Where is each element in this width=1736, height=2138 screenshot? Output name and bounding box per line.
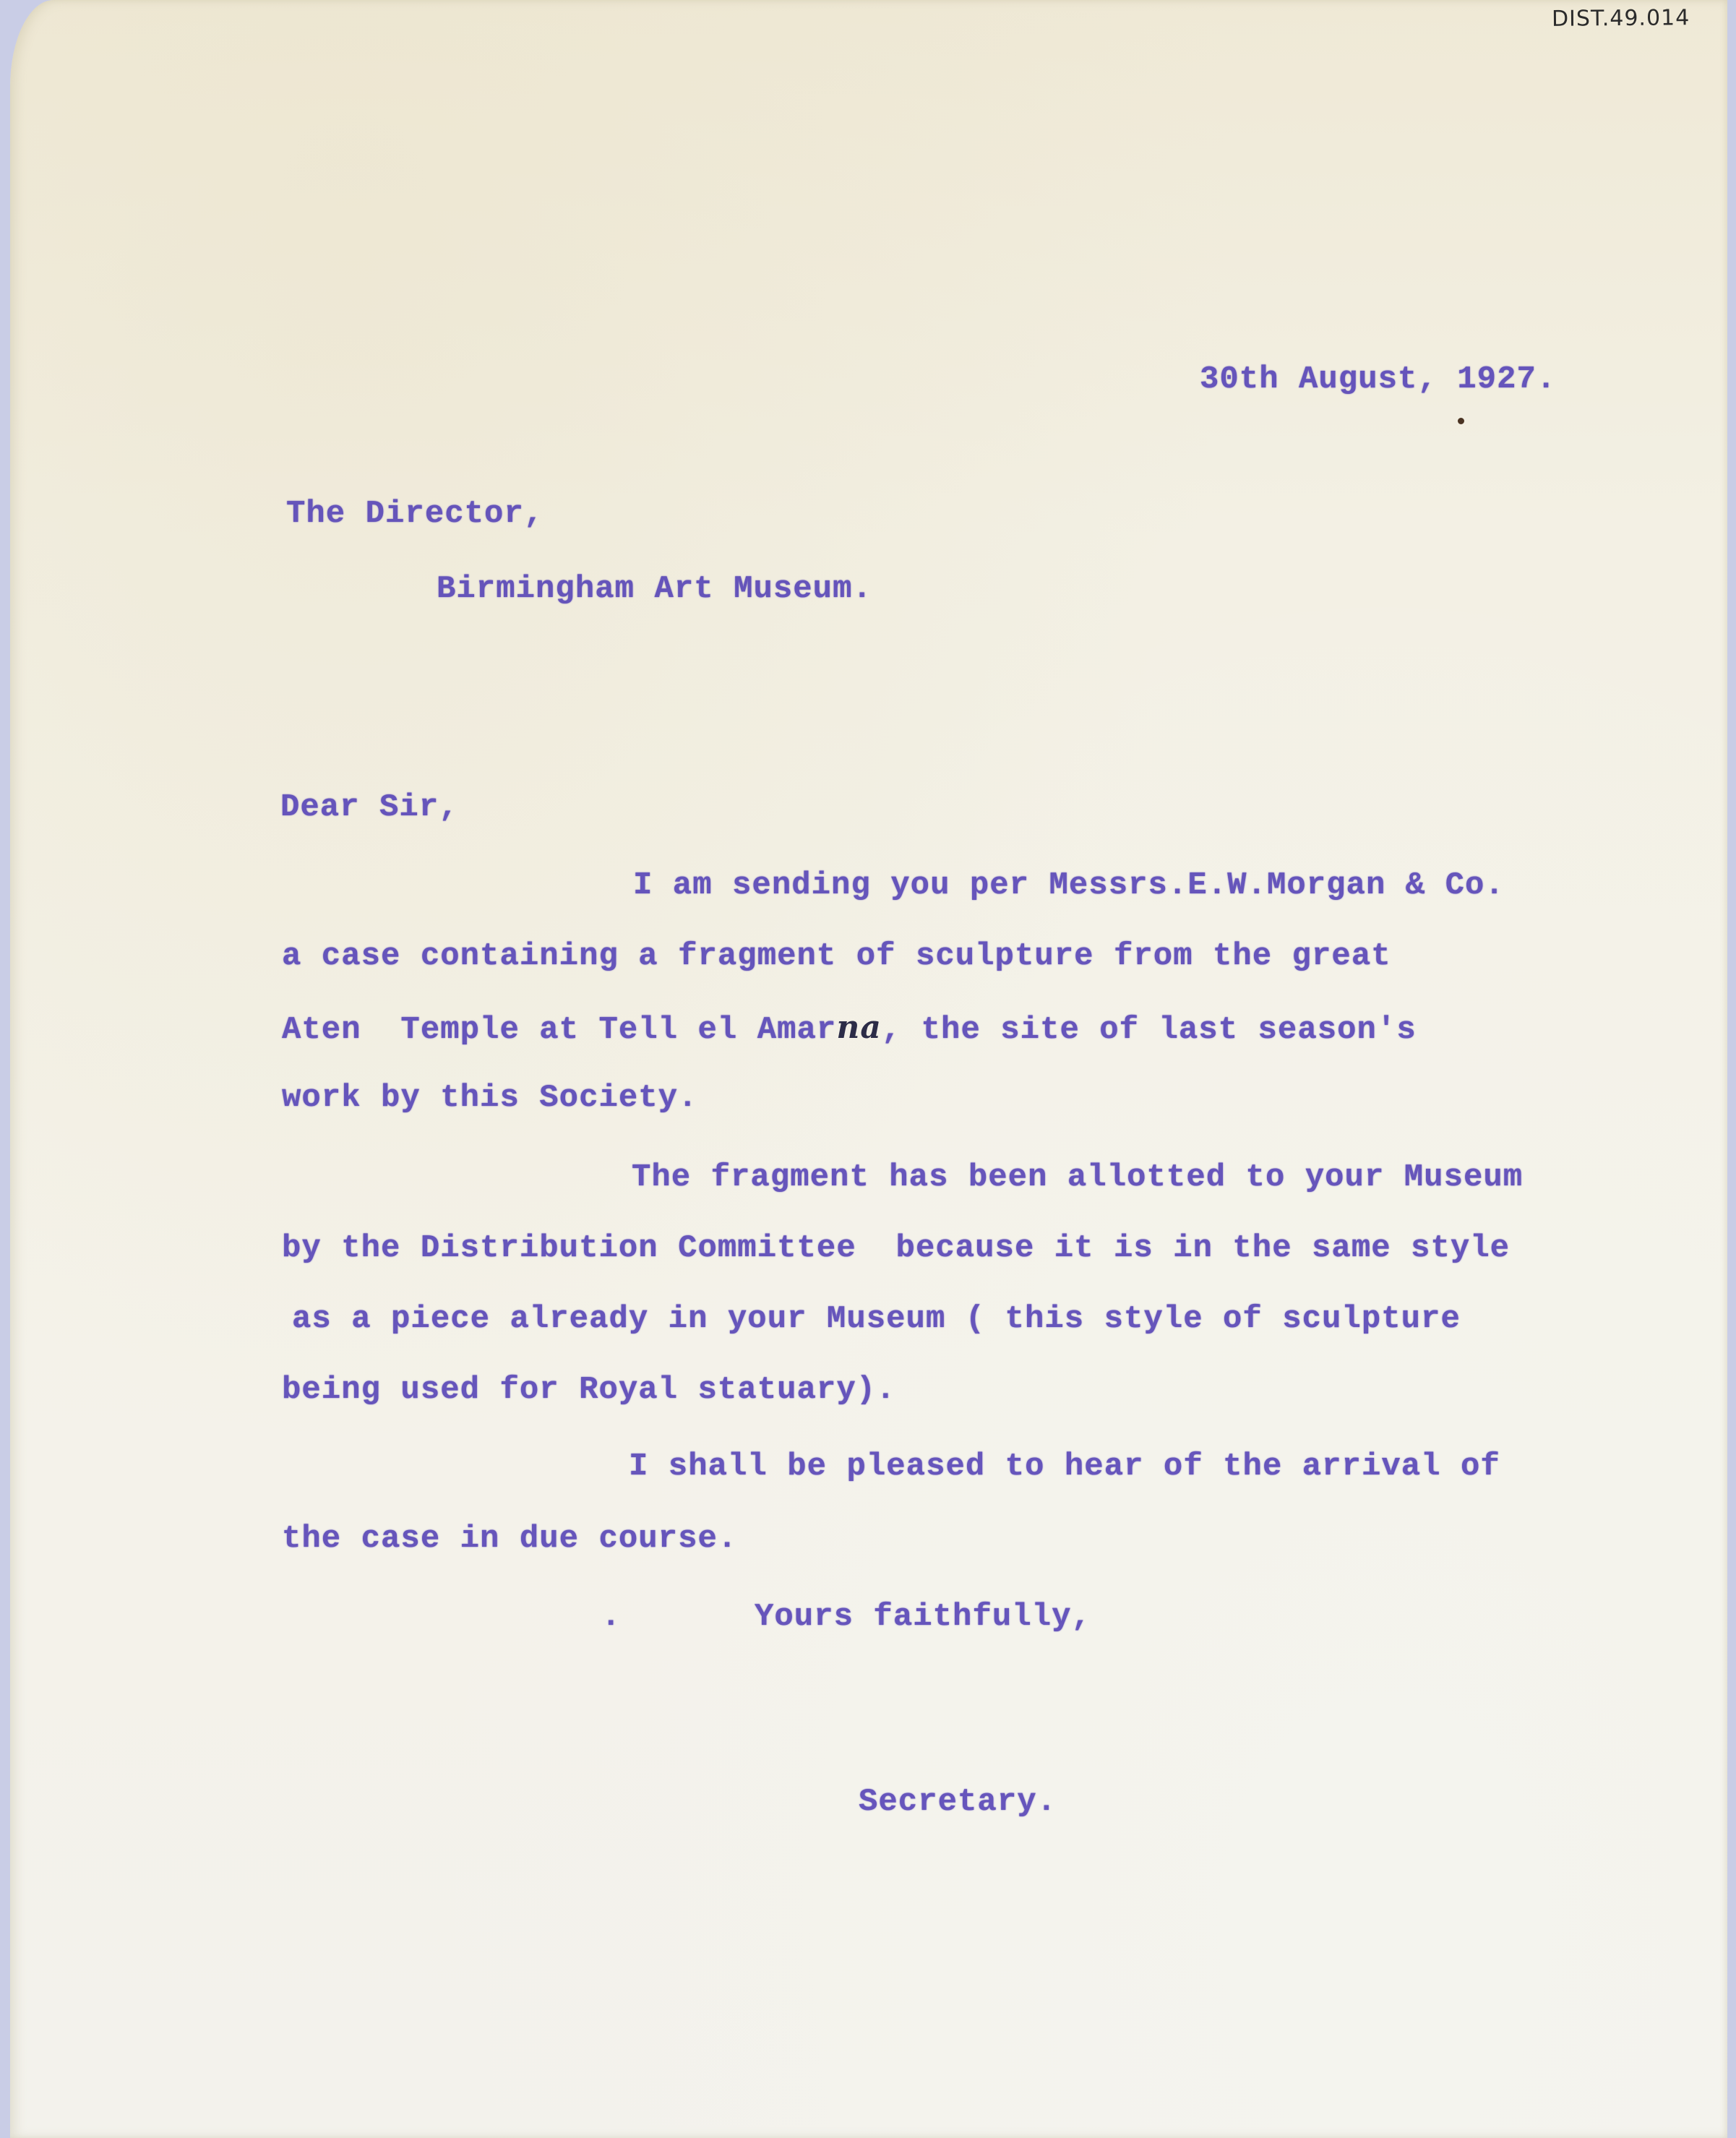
body-line-3-rest: , the site of last season's (882, 1012, 1417, 1048)
closing: Yours faithfully, (755, 1599, 1091, 1635)
letter-date: 30th August, 1927. (1200, 361, 1556, 398)
ink-spot (1458, 418, 1464, 424)
closing-mark: . (601, 1599, 621, 1635)
handwritten-correction: na (836, 1009, 882, 1046)
archive-reference-pencil: DIST.49.014 (1552, 5, 1690, 32)
body-line-9: I shall be pleased to hear of the arriva… (629, 1448, 1500, 1485)
body-line-3-typed: Aten Temple at Tell el Amar (282, 1012, 836, 1048)
body-line-2: a case containing a fragment of sculptur… (282, 938, 1391, 974)
body-line-1: I am sending you per Messrs.E.W.Morgan &… (633, 867, 1505, 903)
salutation: Dear Sir, (280, 789, 459, 825)
body-line-8: being used for Royal statuary). (282, 1372, 896, 1408)
body-line-6: by the Distribution Committee because it… (282, 1230, 1510, 1266)
letter-page: DIST.49.014 30th August, 1927. The Direc… (10, 0, 1727, 2138)
body-line-3: Aten Temple at Tell el Amarna, the site … (282, 1009, 1417, 1048)
body-line-5: The fragment has been allotted to your M… (632, 1159, 1523, 1195)
body-line-4: work by this Society. (282, 1080, 698, 1116)
body-line-7: as a piece already in your Museum ( this… (292, 1301, 1461, 1337)
recipient-institution: Birmingham Art Museum. (437, 571, 872, 607)
signature-title: Secretary. (859, 1784, 1057, 1820)
recipient-title: The Director, (286, 496, 543, 532)
body-line-10: the case in due course. (282, 1521, 737, 1557)
